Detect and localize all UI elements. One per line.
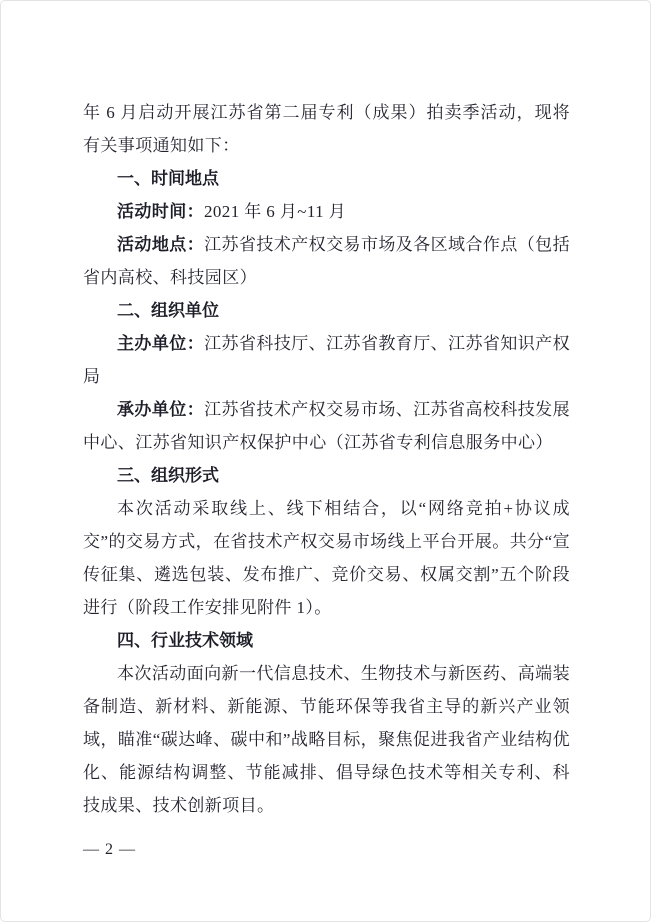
section-heading-industry-fields: 四、行业技术领域 [83,624,570,657]
undertaking-unit-label: 承办单位： [117,400,204,419]
activity-time-label: 活动时间： [117,202,204,221]
host-unit-label: 主办单位： [117,334,204,353]
section-heading-organizers: 二、组织单位 [83,294,570,327]
undertaking-unit-item: 承办单位：江苏省技术产权交易市场、江苏省高校科技发展中心、江苏省知识产权保护中心… [83,393,570,459]
activity-place-item: 活动地点：江苏省技术产权交易市场及各区域合作点（包括省内高校、科技园区） [83,228,570,294]
activity-time-item: 活动时间：2021 年 6 月~11 月 [83,195,570,228]
organization-form-paragraph: 本次活动采取线上、线下相结合，以“网络竞拍+协议成交”的交易方式，在省技术产权交… [83,492,570,624]
activity-place-label: 活动地点： [117,235,204,254]
section-heading-time-place: 一、时间地点 [83,162,570,195]
document-page: 年 6 月启动开展江苏省第二届专利（成果）拍卖季活动，现将有关事项通知如下： 一… [0,0,651,922]
host-unit-item: 主办单位：江苏省科技厅、江苏省教育厅、江苏省知识产权局 [83,327,570,393]
intro-paragraph: 年 6 月启动开展江苏省第二届专利（成果）拍卖季活动，现将有关事项通知如下： [83,96,570,162]
section-heading-organization-form: 三、组织形式 [83,459,570,492]
industry-fields-paragraph: 本次活动面向新一代信息技术、生物技术与新医药、高端装备制造、新材料、新能源、节能… [83,657,570,822]
page-number: — 2 — [83,835,570,865]
activity-time-value: 2021 年 6 月~11 月 [204,202,346,221]
